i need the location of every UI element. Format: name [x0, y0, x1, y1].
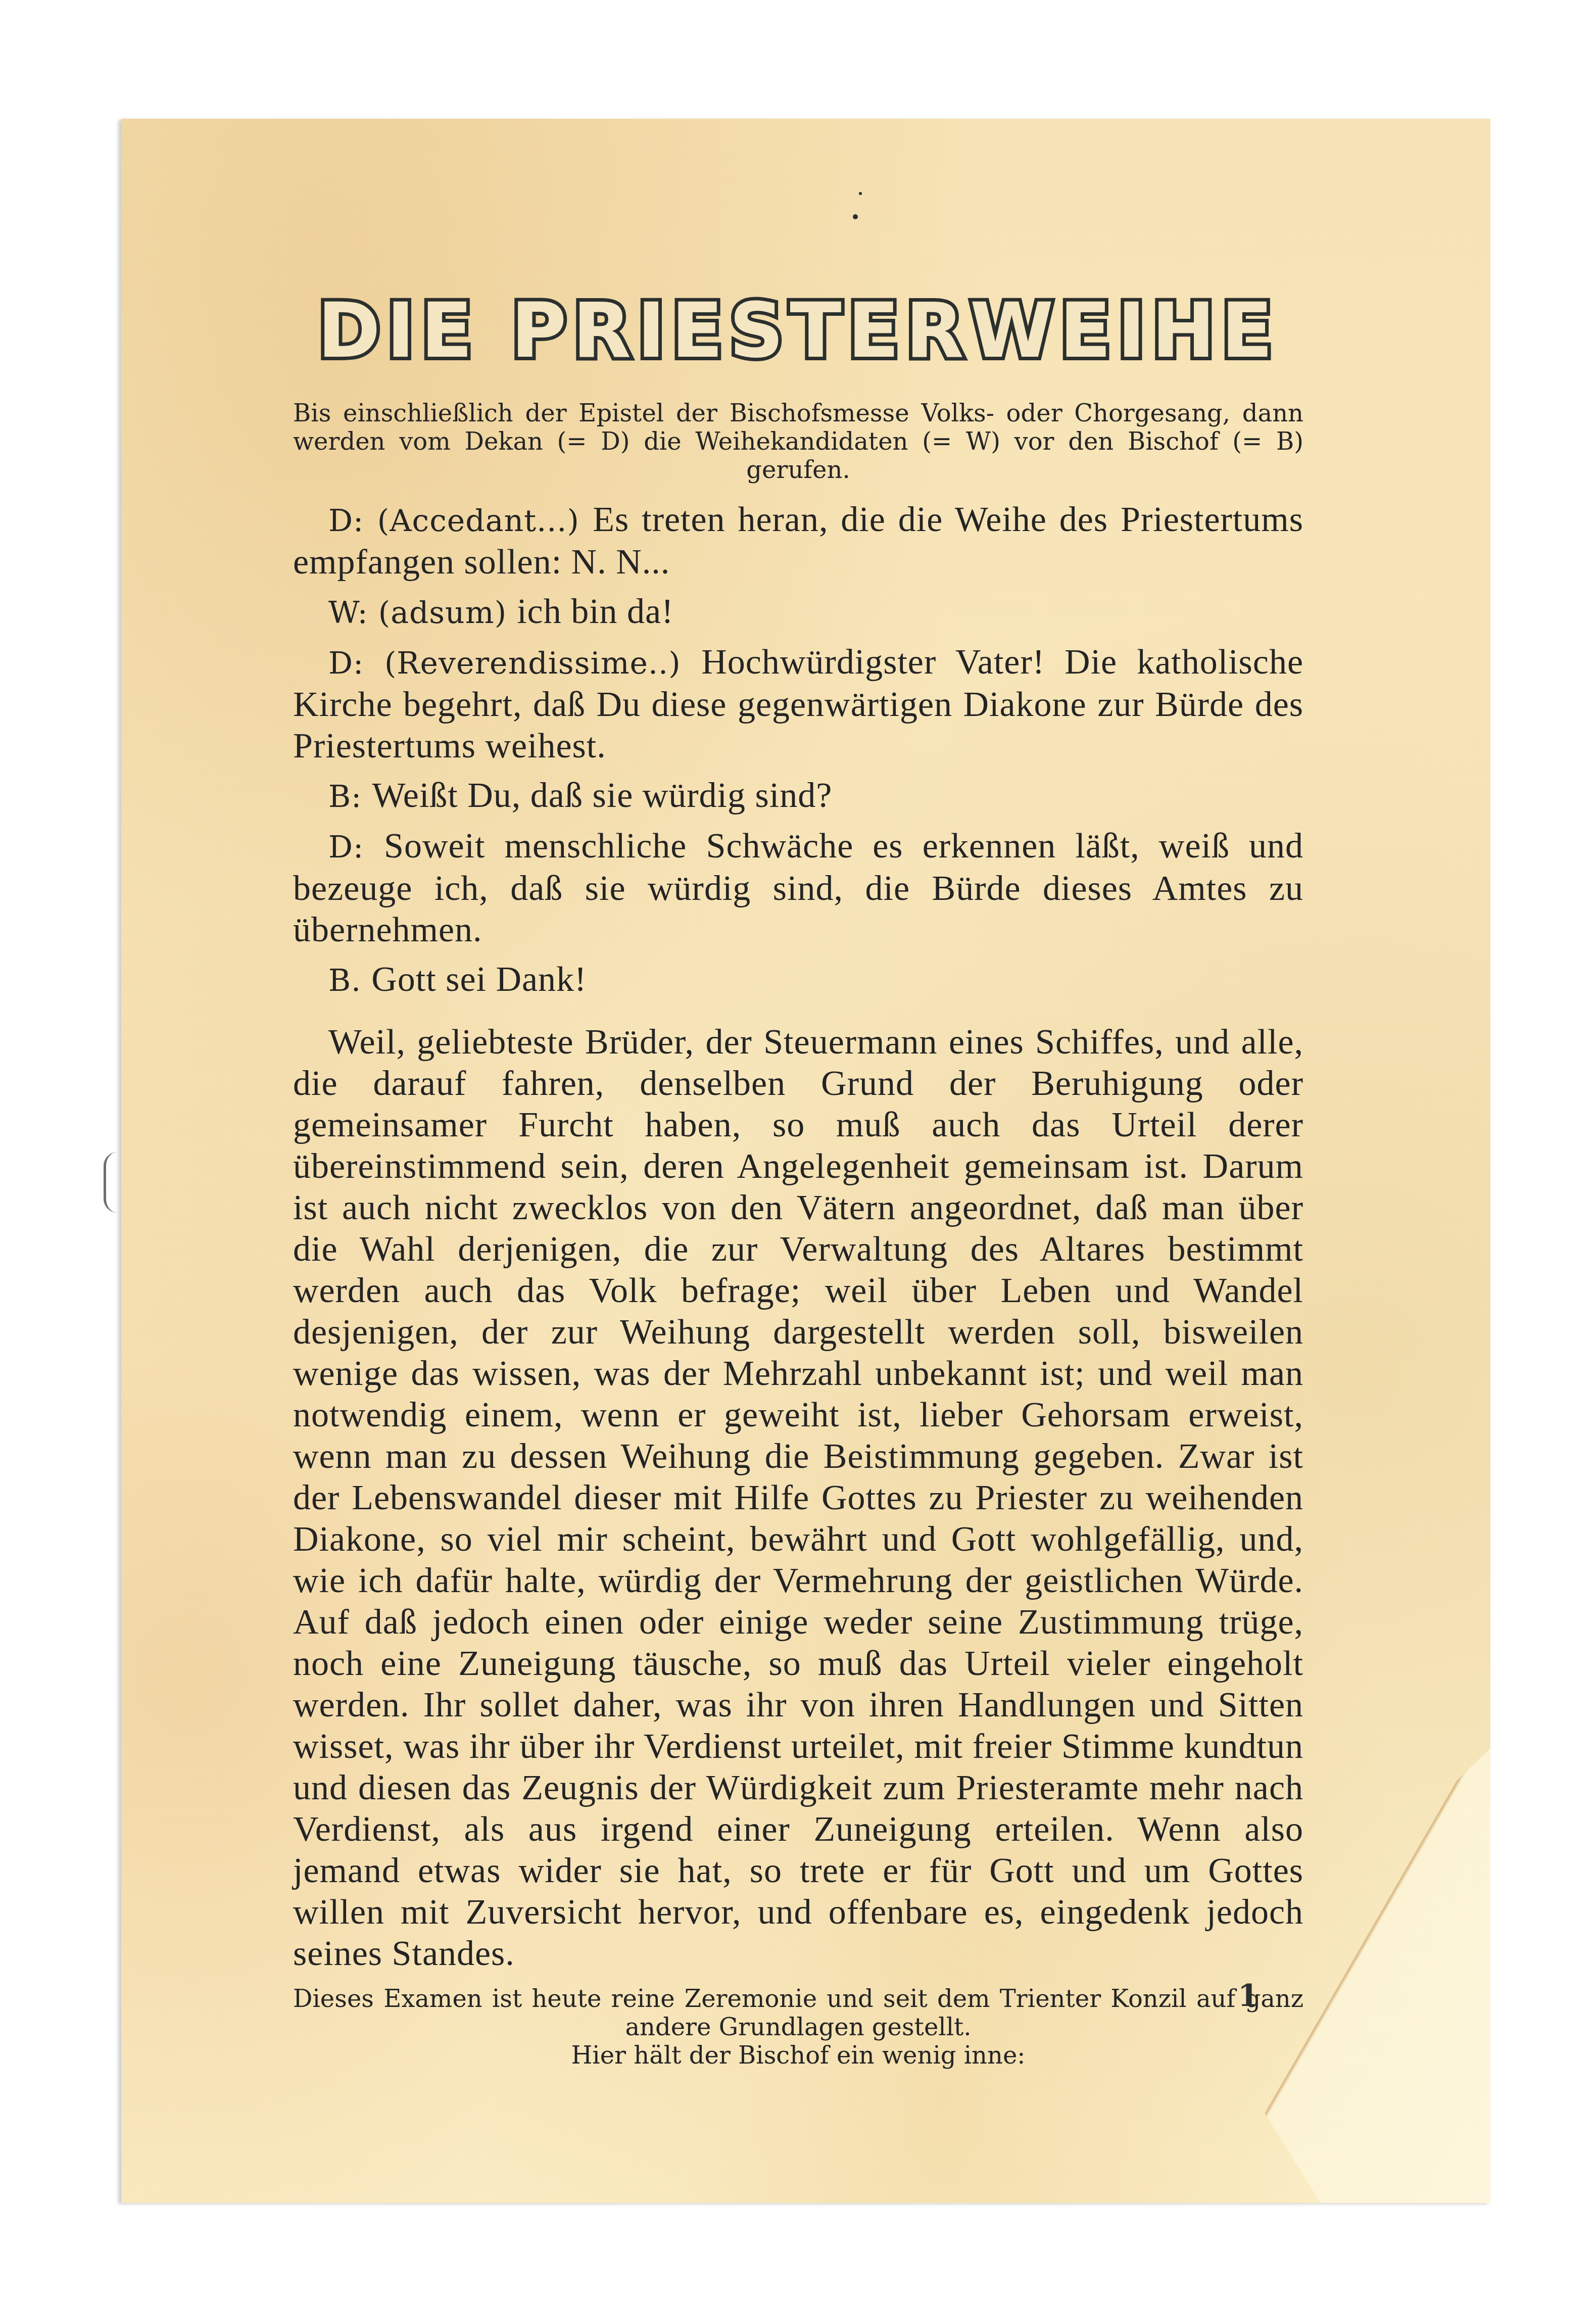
speaker-label: B: — [328, 779, 372, 815]
page-number: 1 — [1238, 1978, 1259, 2014]
dialog-line: B. Gott sei Dank! — [293, 959, 1303, 1001]
intro-rubric: Bis einschließlich der Epistel der Bisch… — [293, 399, 1303, 484]
speaker-label: D: (Accedant...) — [328, 503, 593, 539]
dialog-line: D: Soweit menschliche Schwäche es erkenn… — [293, 826, 1303, 951]
closing-note: Dieses Examen ist heute reine Zeremonie … — [293, 1985, 1303, 2070]
page-title: DIE PRIESTERWEIHE — [293, 293, 1303, 369]
dialog-text: ich bin da! — [517, 592, 673, 631]
speaker-label: D: (Reverendissime..) — [328, 646, 701, 681]
dialog-line: D: (Accedant...) Es treten heran, die di… — [293, 499, 1303, 583]
dialog-line: W: (adsum) ich bin da! — [293, 591, 1303, 634]
dialog-text: Gott sei Dank! — [371, 960, 587, 999]
dialog-section: D: (Accedant...) Es treten heran, die di… — [293, 499, 1303, 1001]
speaker-label: B. — [328, 963, 371, 998]
document-body: DIE PRIESTERWEIHE Bis einschließlich der… — [293, 283, 1303, 2070]
speaker-label: W: (adsum) — [328, 595, 517, 631]
speaker-label: D: — [328, 830, 384, 865]
ink-speck — [853, 214, 858, 219]
dialog-text: Weißt Du, daß sie würdig sind? — [372, 776, 832, 815]
dialog-line: D: (Reverendissime..) Hochwürdigster Vat… — [293, 642, 1303, 767]
bishop-address: Weil, geliebteste Brüder, der Steuermann… — [293, 1022, 1303, 1975]
ink-speck — [859, 192, 862, 195]
dialog-text: Soweit menschliche Schwäche es erkennen … — [293, 827, 1303, 949]
pause-instruction: Hier hält der Bischof ein wenig inne: — [293, 2041, 1303, 2070]
staple — [104, 1152, 117, 1213]
closing-note-text: Dieses Examen ist heute reine Zeremonie … — [293, 1985, 1303, 2041]
dialog-line: B: Weißt Du, daß sie würdig sind? — [293, 775, 1303, 818]
